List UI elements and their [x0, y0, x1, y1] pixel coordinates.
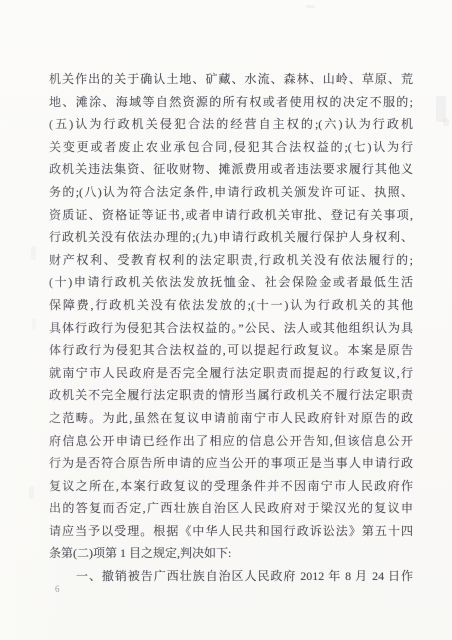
scanned-document-page: 机关作出的关于确认土地、矿藏、水流、森林、山岭、草原、荒 地、滩涂、海域等自然资… [0, 0, 452, 640]
text-line: 请应当予以受理。根据《中华人民共和国行政诉讼法》第五十四 [49, 520, 413, 543]
text-line: 地、滩涂、海域等自然资源的所有权或者使用权的决定不服的; [49, 91, 413, 114]
text-line: 条第(二)项第 1 目之规定,判决如下: [49, 542, 413, 565]
text-line: 就南宁市人民政府是否完全履行法定职责而提起的行政复议,行 [49, 362, 413, 385]
text-line: 之范畴。为此,虽然在复议申请前南宁市人民政府针对原告的政 [49, 407, 413, 430]
text-line-judgment-item: 一、撤销被告广西壮族自治区人民政府 2012 年 8 月 24 日作 [49, 565, 413, 588]
text-line: (十)申请行政机关依法发放抚恤金、社会保险金或者最低生活 [49, 271, 413, 294]
scan-smudge [436, 96, 446, 122]
scan-smudge [32, 318, 36, 330]
text-line: 保障费,行政机关没有依法发放的;(十一)认为行政机关的其他 [49, 294, 413, 317]
text-line: 府信息公开申请已经作出了相应的信息公开告知,但该信息公开 [49, 430, 413, 453]
text-line: 务的;(八)认为符合法定条件,申请行政机关颁发许可证、执照、 [49, 181, 413, 204]
text-line: 具体行政行为侵犯其合法权益的。”公民、法人或其他组织认为具 [49, 317, 413, 340]
scan-smudge [31, 246, 36, 260]
scan-smudge [29, 486, 34, 499]
text-line: 政机关不完全履行法定职责的情形当属行政机关不履行法定职责 [49, 384, 413, 407]
text-line: 复议之所在,本案行政复议的受理条件并不因南宁市人民政府作 [49, 475, 413, 498]
text-line: (五)认为行政机关侵犯合法的经营自主权的;(六)认为行政机 [49, 113, 413, 136]
page-number: 6 [55, 584, 60, 594]
text-line: 政机关违法集资、征收财物、摊派费用或者违法要求履行其他义 [49, 158, 413, 181]
text-line: 行政机关没有依法办理的;(九)申请行政机关履行保护人身权利、 [49, 226, 413, 249]
text-line: 行为是否符合原告所申请的应当公开的事项正是当事人申请行政 [49, 452, 413, 475]
text-line: 出的答复而否定,广西壮族自治区人民政府对于梁汉光的复议申 [49, 497, 413, 520]
text-line: 财产权利、受教育权利的法定职责,行政机关没有依法履行的; [49, 249, 413, 272]
scan-smudge [443, 118, 449, 126]
text-line: 资质证、资格证等证书,或者申请行政机关审批、登记有关事项, [49, 204, 413, 227]
text-line: 体行政行为侵犯其合法权益的,可以提起行政复议。本案是原告 [49, 339, 413, 362]
text-line: 关变更或者废止农业承包合同,侵犯其合法权益的;(七)认为行 [49, 136, 413, 159]
scan-smudge [306, 5, 315, 8]
text-line: 机关作出的关于确认土地、矿藏、水流、森林、山岭、草原、荒 [49, 68, 413, 91]
judgment-text-block: 机关作出的关于确认土地、矿藏、水流、森林、山岭、草原、荒 地、滩涂、海域等自然资… [49, 68, 413, 588]
